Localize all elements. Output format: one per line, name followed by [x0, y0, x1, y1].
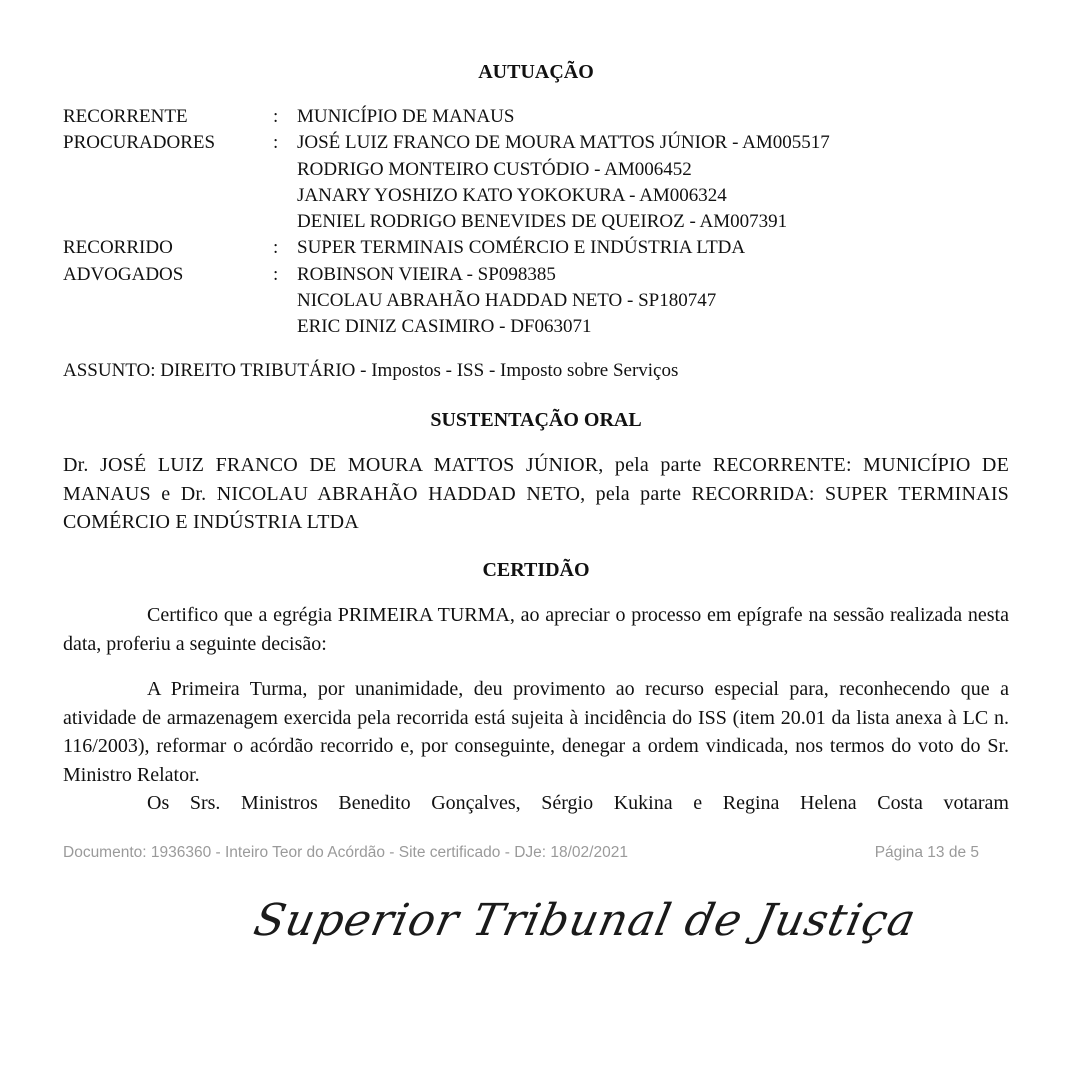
sustentacao-oral-text: Dr. JOSÉ LUIZ FRANCO DE MOURA MATTOS JÚN… — [63, 451, 1009, 537]
party-colon: : — [273, 104, 297, 130]
decisao-block: A Primeira Turma, por unanimidade, deu p… — [63, 675, 1009, 818]
party-value: RODRIGO MONTEIRO CUSTÓDIO - AM006452 — [297, 157, 1009, 183]
party-value: ERIC DINIZ CASIMIRO - DF063071 — [297, 314, 1009, 340]
party-values: SUPER TERMINAIS COMÉRCIO E INDÚSTRIA LTD… — [297, 235, 1009, 261]
party-value: JOSÉ LUIZ FRANCO DE MOURA MATTOS JÚNIOR … — [297, 130, 1009, 156]
party-label: RECORRIDO — [63, 235, 273, 261]
party-values: ROBINSON VIEIRA - SP098385NICOLAU ABRAHÃ… — [297, 262, 1009, 341]
party-value: JANARY YOSHIZO KATO YOKOKURA - AM006324 — [297, 183, 1009, 209]
document-info: Documento: 1936360 - Inteiro Teor do Acó… — [63, 844, 628, 862]
autuacao-heading: AUTUAÇÃO — [63, 60, 1009, 84]
party-colon: : — [273, 130, 297, 235]
certidao-heading: CERTIDÃO — [63, 558, 1009, 582]
party-value: ROBINSON VIEIRA - SP098385 — [297, 262, 1009, 288]
page-footer: Documento: 1936360 - Inteiro Teor do Acó… — [63, 844, 983, 862]
party-values: JOSÉ LUIZ FRANCO DE MOURA MATTOS JÚNIOR … — [297, 130, 1009, 235]
party-label: RECORRENTE — [63, 104, 273, 130]
parties-table: RECORRENTE:MUNICÍPIO DE MANAUSPROCURADOR… — [63, 104, 1009, 341]
party-colon: : — [273, 262, 297, 341]
decisao-paragraph: A Primeira Turma, por unanimidade, deu p… — [63, 675, 1009, 789]
party-label: PROCURADORES — [63, 130, 273, 235]
party-values: MUNICÍPIO DE MANAUS — [297, 104, 1009, 130]
page-number: Página 13 de 5 — [875, 844, 983, 862]
votos-paragraph: Os Srs. Ministros Benedito Gonçalves, Sé… — [63, 789, 1009, 818]
assunto-line: ASSUNTO: DIREITO TRIBUTÁRIO - Impostos -… — [63, 359, 678, 383]
party-value: NICOLAU ABRAHÃO HADDAD NETO - SP180747 — [297, 288, 1009, 314]
sustentacao-oral-heading: SUSTENTAÇÃO ORAL — [63, 408, 1009, 432]
certidao-intro: Certifico que a egrégia PRIMEIRA TURMA, … — [63, 601, 1009, 658]
party-row: RECORRENTE:MUNICÍPIO DE MANAUS — [63, 104, 1009, 130]
party-row: RECORRIDO:SUPER TERMINAIS COMÉRCIO E IND… — [63, 235, 1009, 261]
party-row: ADVOGADOS:ROBINSON VIEIRA - SP098385NICO… — [63, 262, 1009, 341]
party-value: SUPER TERMINAIS COMÉRCIO E INDÚSTRIA LTD… — [297, 235, 1009, 261]
party-value: MUNICÍPIO DE MANAUS — [297, 104, 1009, 130]
party-row: PROCURADORES:JOSÉ LUIZ FRANCO DE MOURA M… — [63, 130, 1009, 235]
court-signature-logo: Superior Tribunal de Justiça — [250, 895, 821, 946]
party-colon: : — [273, 235, 297, 261]
party-value: DENIEL RODRIGO BENEVIDES DE QUEIROZ - AM… — [297, 209, 1009, 235]
party-label: ADVOGADOS — [63, 262, 273, 341]
